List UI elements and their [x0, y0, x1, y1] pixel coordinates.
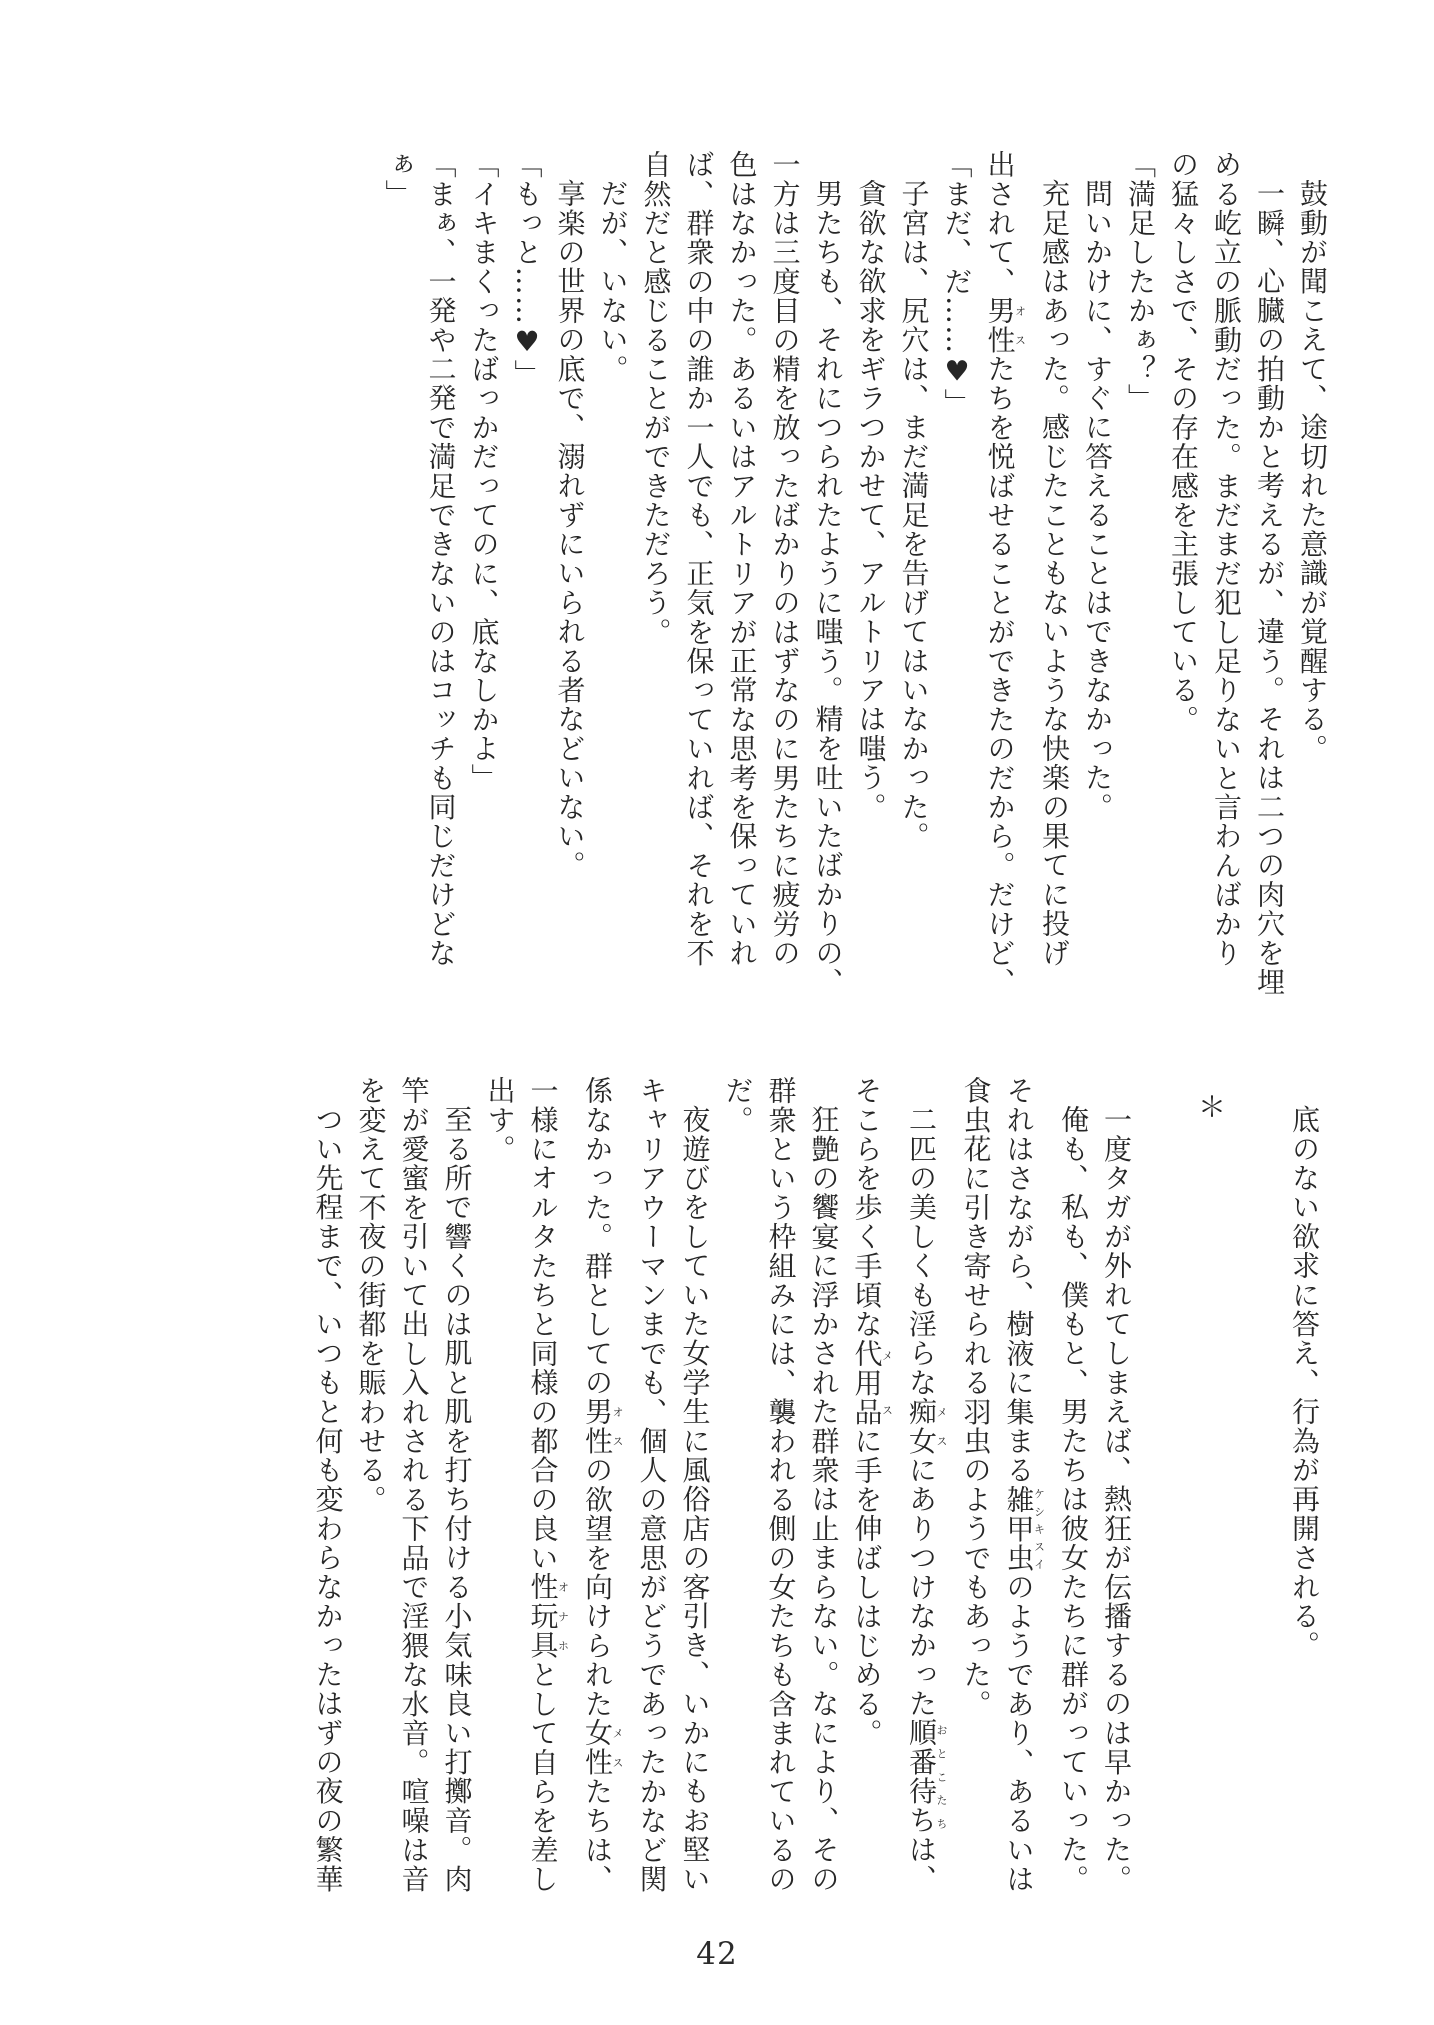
text-column: の猛々しさで、その存在感を主張している。: [1168, 150, 1198, 997]
text-column: 子宮は、尻穴は、まだ満足を告げてはいなかった。: [899, 150, 929, 997]
text-column: 俺も、私も、僕もと、男たちは彼女たちに群がっていった。: [1058, 1076, 1088, 1894]
text-column: 一方は三度目の精を放ったばかりのはずなのに男たちに疲労の: [770, 150, 800, 997]
text-column: 男たちも、それにつられたように嗤う。精を吐いたばかりの、: [813, 150, 843, 997]
text-column: それはさながら、樹液に集まる雑甲虫ケシキスイのようであり、あるいは: [1004, 1076, 1046, 1894]
text-column: 享楽の世界の底で、溺れずにいられる者などいない。: [555, 150, 585, 997]
text-column: 「まぁ、一発や二発で満足できないのはコッチも同じだけどな: [426, 150, 456, 997]
text-column: 問いかけに、すぐに答えることはできなかった。: [1082, 150, 1112, 997]
text-column: 一度タガが外れてしまえば、熱狂が伝播するのは早かった。: [1101, 1076, 1131, 1894]
text-column: を変えて不夜の街都を賑わせる。: [356, 1076, 386, 1894]
text-column: 「満足したかぁ？」: [1125, 150, 1155, 997]
text-column: 出す。: [485, 1076, 515, 1894]
text-column: 「イキまくったばっかだってのに、底なしかよ」: [469, 150, 499, 997]
text-column: 一様にオルタたちと同様の都合の良い性玩具オナホとして自らを差し: [528, 1076, 570, 1894]
text-column: 係なかった。群としての男性オスの欲望を向けられた女性メスたちは、: [582, 1076, 624, 1894]
text-column: 群衆という枠組みには、襲われる側の女たちも含まれているの: [766, 1076, 796, 1894]
ruby-annotated-word: 性玩具オナホ: [527, 1572, 560, 1660]
text-column: ぁ」: [383, 150, 413, 997]
top-text-block: 鼓動が聞こえて、途切れた意識が覚醒する。一瞬、心臓の拍動かと考えるが、違う。それ…: [370, 150, 1341, 997]
ruby-annotated-word: 痴女メス: [905, 1397, 938, 1455]
text-column: だ。: [723, 1076, 753, 1894]
text-column: 色はなかった。あるいはアルトリアが正常な思考を保っていれ: [727, 150, 757, 997]
page-number: 42: [0, 1936, 1434, 1972]
text-column: 貪欲な欲求をギラつかせて、アルトリアは嗤う。: [856, 150, 886, 997]
ruby-annotated-word: 代用品メス: [851, 1339, 884, 1427]
text-column: 狂艶の饗宴に浮かされた群衆は止まらない。なにより、その: [809, 1076, 839, 1894]
text-column: 出されて、男性オスたちを悦ばせることができたのだから。だけど、: [985, 150, 1027, 997]
text-column: そこらを歩く手頃な代用品メスに手を伸ばしはじめる。: [852, 1076, 894, 1894]
text-column: 鼓動が聞こえて、途切れた意識が覚醒する。: [1297, 150, 1327, 997]
ruby-annotated-word: 女性メス: [581, 1718, 614, 1776]
text-column: つい先程まで、いつもと何も変わらなかったはずの夜の繁華: [313, 1076, 343, 1894]
text-column: 竿が愛蜜を引いて出し入れされる下品で淫猥な水音。喧噪は音: [399, 1076, 429, 1894]
text-column: 「まだ、だ……♥」: [942, 150, 972, 997]
text-column: 底のない欲求に答え、行為が再開される。: [1289, 1076, 1319, 1894]
text-column: 「もっと……♥」: [512, 150, 542, 997]
text-column: 一瞬、心臓の拍動かと考えるが、違う。それは二つの肉穴を埋: [1254, 150, 1284, 997]
text-column: める屹立の脈動だった。まだまだ犯し足りないと言わんばかり: [1211, 150, 1241, 997]
text-column: 二匹の美しくも淫らな痴女メスにありつけなかった順番待ちおとこたちは、: [906, 1076, 948, 1894]
text-column: 夜遊びをしていた女学生に風俗店の客引き、いかにもお堅い: [680, 1076, 710, 1894]
text-column: キャリアウーマンまでも、個人の意思がどうであったかなど関: [637, 1076, 667, 1894]
ruby-annotated-word: 男性オス: [581, 1397, 614, 1455]
ruby-annotated-word: 男性オス: [984, 296, 1017, 354]
text-column: 至る所で響くのは肌と肌を打ち付ける小気味良い打擲音。肉: [442, 1076, 472, 1894]
novel-page: 鼓動が聞こえて、途切れた意識が覚醒する。一瞬、心臓の拍動かと考えるが、違う。それ…: [0, 0, 1434, 2025]
text-column: 食虫花に引き寄せられる羽虫のようでもあった。: [961, 1076, 991, 1894]
text-column: 充足感はあった。感じたこともないような快楽の果てに投げ: [1039, 150, 1069, 997]
text-column: 自然だと感じることができただろう。: [641, 150, 671, 997]
text-column: だが、いない。: [598, 150, 628, 997]
text-column: ば、群衆の中の誰か一人でも、正気を保っていれば、それを不: [684, 150, 714, 997]
section-divider-asterisk: ＊: [1195, 1076, 1225, 1894]
bottom-text-block: 底のない欲求に答え、行為が再開される。＊一度タガが外れてしまえば、熱狂が伝播する…: [300, 1076, 1333, 1894]
ruby-annotated-word: 順番待ちおとこたち: [905, 1718, 938, 1835]
ruby-annotated-word: 雑甲虫ケシキスイ: [1003, 1485, 1036, 1573]
